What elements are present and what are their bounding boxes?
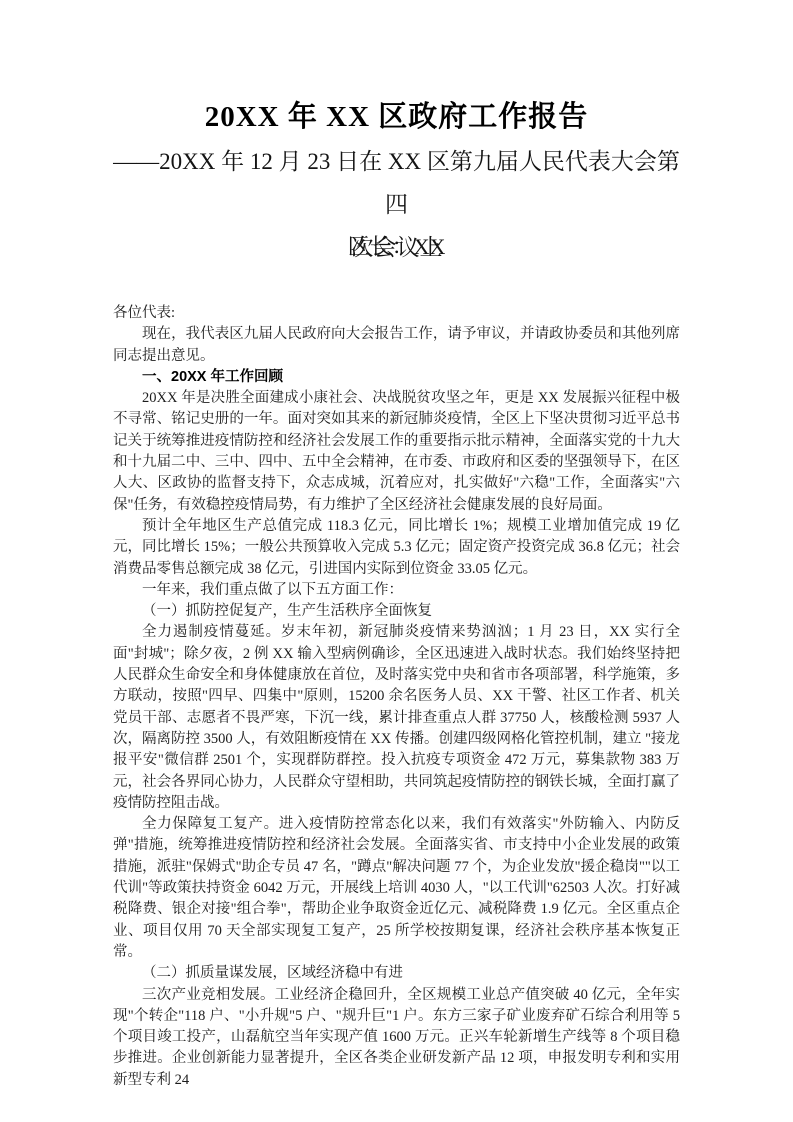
section-heading: 一、20XX 年工作回顾 <box>113 367 680 388</box>
presenter-line: 区长：XX <box>113 226 680 268</box>
subsection-heading: （一）抓防控促复产，生产生活秩序全面恢复 <box>113 601 680 622</box>
document-title: 20XX 年 XX 区政府工作报告 <box>113 94 680 140</box>
paragraph: 全力遏制疫情蔓延。岁末年初，新冠肺炎疫情来势汹汹；1 月 23 日，XX 实行全… <box>113 622 680 814</box>
paragraph: 预计全年地区生产总值完成 118.3 亿元，同比增长 1%；规模工业增加值完成 … <box>113 516 680 580</box>
paragraph: 现在，我代表区九届人民政府向大会报告工作，请予审议，并请政协委员和其他列席同志提… <box>113 324 680 367</box>
document-page: 20XX 年 XX 区政府工作报告 ——20XX 年 12 月 23 日在 XX… <box>0 0 793 1122</box>
paragraph: 一年来，我们重点做了以下五方面工作： <box>113 580 680 601</box>
paragraph: 全力保障复工复产。进入疫情防控常态化以来，我们有效落实"外防输入、内防反弹"措施… <box>113 814 680 963</box>
document-body: 各位代表: 现在，我代表区九届人民政府向大会报告工作，请予审议，并请政协委员和其… <box>113 303 680 1091</box>
document-subtitle-line1: ——20XX 年 12 月 23 日在 XX 区第九届人民代表大会第四 <box>113 140 680 226</box>
paragraph-salutation: 各位代表: <box>113 303 680 324</box>
subsection-heading: （二）抓质量谋发展，区域经济稳中有进 <box>113 963 680 984</box>
paragraph: 三次产业竞相发展。工业经济企稳回升，全区规模工业总产值突破 40 亿元，全年实现… <box>113 985 680 1091</box>
paragraph: 20XX 年是决胜全面建成小康社会、决战脱贫攻坚之年，更是 XX 发展振兴征程中… <box>113 388 680 516</box>
